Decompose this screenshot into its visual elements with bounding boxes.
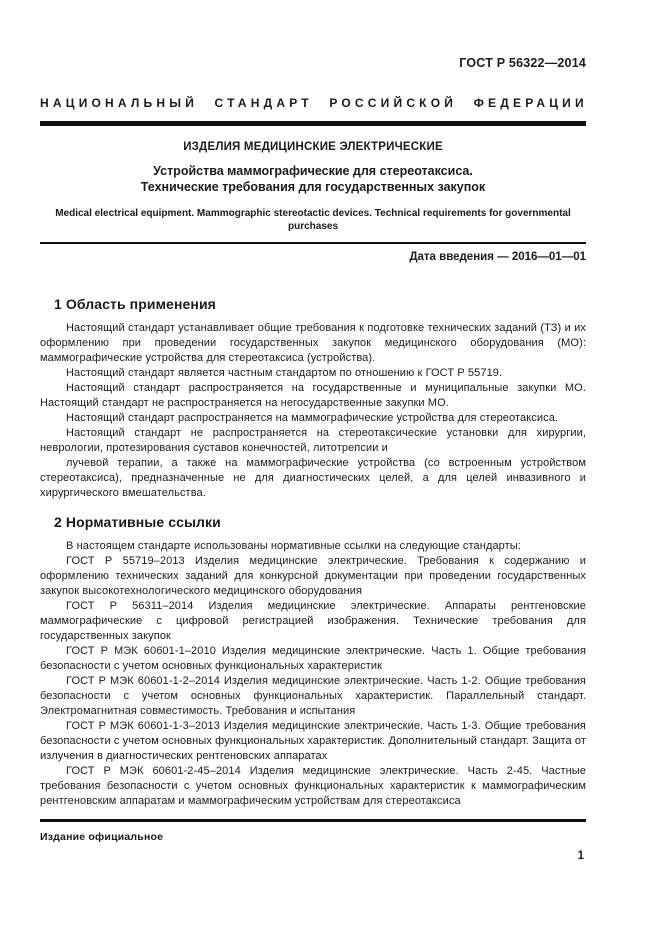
title-english-line1: Medical electrical equipment. Mammograph… — [40, 207, 586, 220]
paragraph: Настоящий стандарт не распространяется н… — [40, 426, 586, 456]
paragraph: Настоящий стандарт устанавливает общие т… — [40, 321, 586, 366]
standards-group-title: ИЗДЕЛИЯ МЕДИЦИНСКИЕ ЭЛЕКТРИЧЕСКИЕ — [40, 141, 586, 153]
header-thick-rule — [40, 121, 586, 126]
title-english-line2: purchases — [40, 220, 586, 233]
official-edition-note: Издание официальное — [40, 831, 586, 843]
title-separator-rule — [40, 242, 586, 244]
paragraph: Настоящий стандарт распространяется на м… — [40, 411, 586, 426]
section-2-heading: 2 Нормативные ссылки — [54, 514, 586, 530]
title-russian-line2: Технические требования для государственн… — [40, 180, 586, 196]
paragraph: В настоящем стандарте использованы норма… — [40, 539, 586, 554]
section-1-heading: 1 Область применения — [54, 296, 586, 312]
title-english: Medical electrical equipment. Mammograph… — [40, 207, 586, 233]
standard-designation: ГОСТ Р 56322—2014 — [40, 56, 586, 70]
normative-reference: ГОСТ Р МЭК 60601-1-3–2013 Изделия медици… — [40, 719, 586, 764]
normative-reference: ГОСТ Р МЭК 60601-1–2010 Изделия медицинс… — [40, 644, 586, 674]
paragraph: Настоящий стандарт распространяется на г… — [40, 381, 586, 411]
effective-date: Дата введения — 2016—01—01 — [40, 251, 586, 263]
national-standard-banner: НАЦИОНАЛЬНЫЙ СТАНДАРТ РОССИЙСКОЙ ФЕДЕРАЦ… — [40, 96, 586, 110]
title-russian-line1: Устройства маммографические для стереота… — [40, 164, 586, 180]
normative-reference: ГОСТ Р 56311–2014 Изделия медицинские эл… — [40, 599, 586, 644]
normative-reference: ГОСТ Р 55719–2013 Изделия медицинские эл… — [40, 554, 586, 599]
gost-standard-page: ГОСТ Р 56322—2014 НАЦИОНАЛЬНЫЙ СТАНДАРТ … — [0, 0, 661, 935]
footer-rule — [40, 819, 586, 822]
paragraph: Настоящий стандарт является частным стан… — [40, 366, 586, 381]
section-2-body: В настоящем стандарте использованы норма… — [40, 539, 586, 809]
normative-reference: ГОСТ Р МЭК 60601-2-45–2014 Изделия медиц… — [40, 764, 586, 809]
section-1-body: Настоящий стандарт устанавливает общие т… — [40, 321, 586, 501]
page-number: 1 — [40, 850, 586, 862]
title-russian: Устройства маммографические для стереота… — [40, 164, 586, 195]
paragraph: лучевой терапии, а также на маммографиче… — [40, 456, 586, 501]
normative-reference: ГОСТ Р МЭК 60601-1-2–2014 Изделия медици… — [40, 674, 586, 719]
page-content: ГОСТ Р 56322—2014 НАЦИОНАЛЬНЫЙ СТАНДАРТ … — [40, 0, 586, 862]
